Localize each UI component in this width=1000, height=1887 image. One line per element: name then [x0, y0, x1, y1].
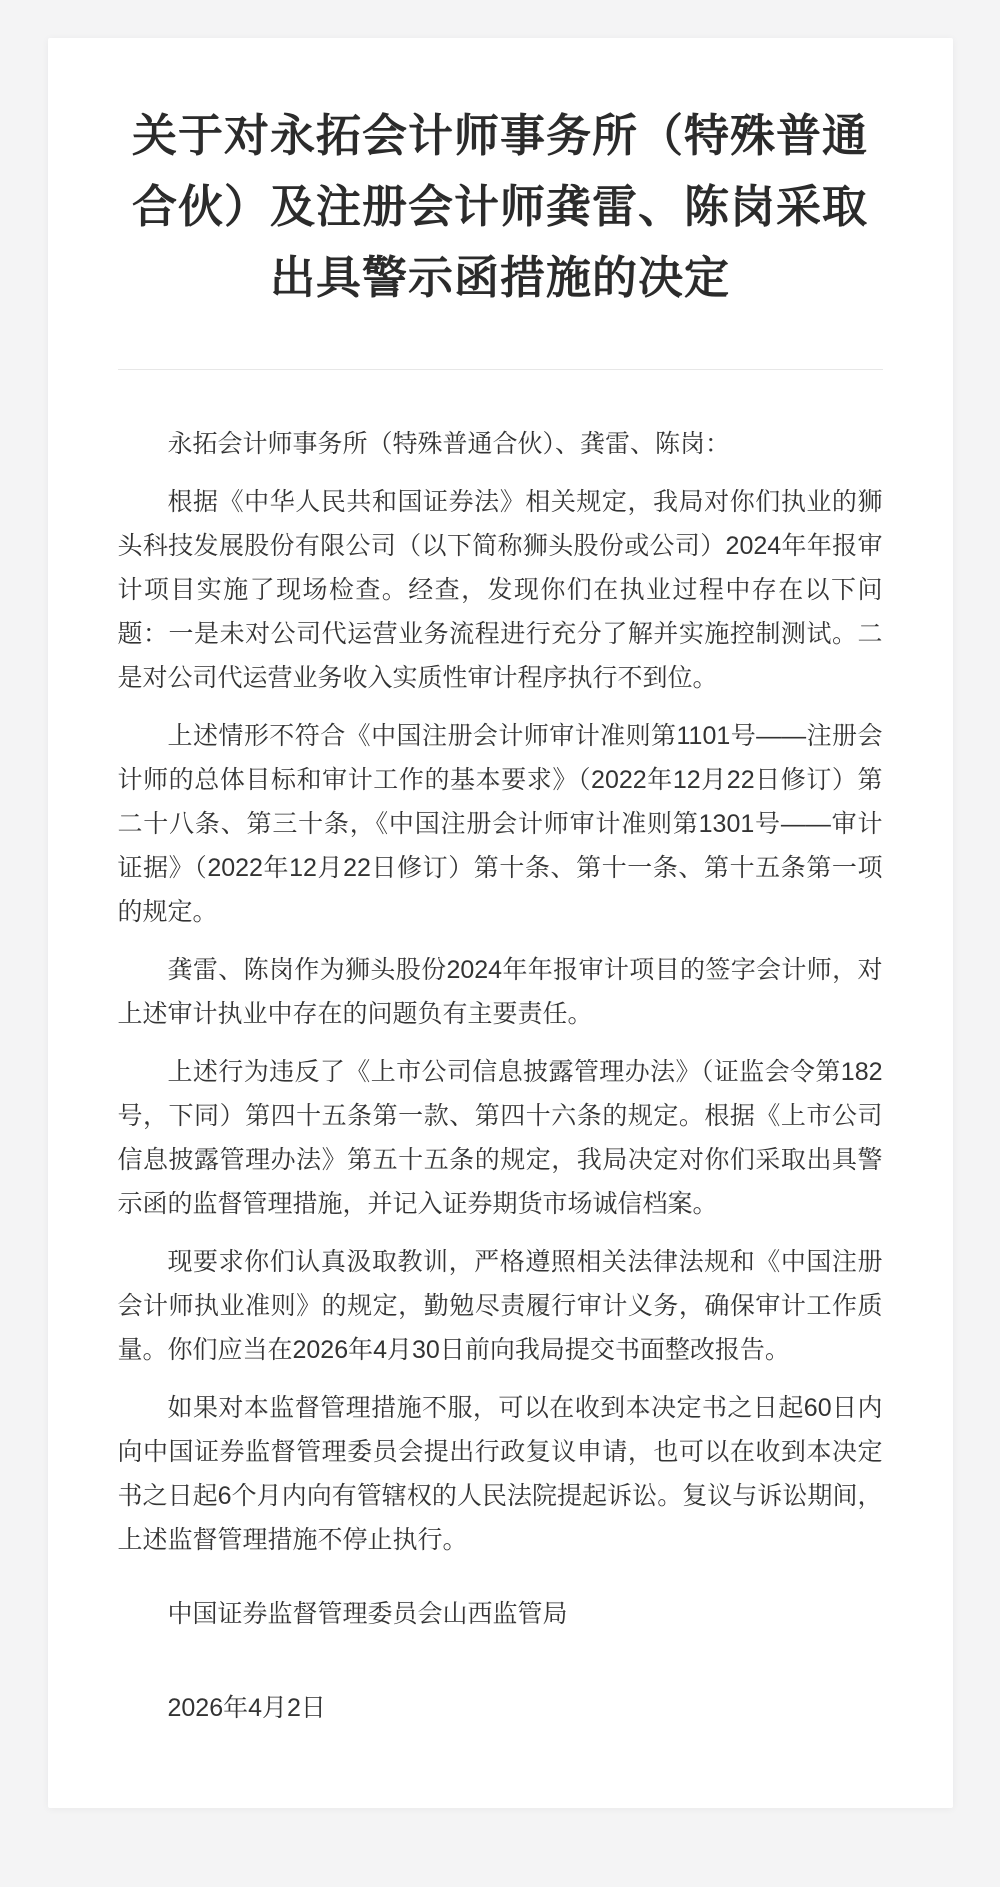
document-body: 永拓会计师事务所（特殊普通合伙）、龚雷、陈岗： 根据《中华人民共和国证券法》相关…: [118, 422, 883, 1730]
body-paragraph: 如果对本监督管理措施不服，可以在收到本决定书之日起60日内向中国证券监督管理委员…: [118, 1386, 883, 1562]
body-paragraph: 现要求你们认真汲取教训，严格遵照相关法律法规和《中国注册会计师执业准则》的规定，…: [118, 1240, 883, 1372]
document-title: 关于对永拓会计师事务所（特殊普通合伙）及注册会计师龚雷、陈岗采取出具警示函措施的…: [118, 100, 883, 313]
body-paragraph: 根据《中华人民共和国证券法》相关规定，我局对你们执业的狮头科技发展股份有限公司（…: [118, 480, 883, 700]
salutation: 永拓会计师事务所（特殊普通合伙）、龚雷、陈岗：: [118, 422, 883, 466]
issuer-signature: 中国证券监督管理委员会山西监管局: [118, 1592, 883, 1636]
issue-date: 2026年4月2日: [118, 1686, 883, 1730]
body-paragraph: 上述情形不符合《中国注册会计师审计准则第1101号——注册会计师的总体目标和审计…: [118, 714, 883, 934]
title-divider: [118, 369, 883, 370]
body-paragraph: 龚雷、陈岗作为狮头股份2024年年报审计项目的签字会计师，对上述审计执业中存在的…: [118, 948, 883, 1036]
body-paragraph: 上述行为违反了《上市公司信息披露管理办法》（证监会令第182号，下同）第四十五条…: [118, 1050, 883, 1226]
document-card: 关于对永拓会计师事务所（特殊普通合伙）及注册会计师龚雷、陈岗采取出具警示函措施的…: [48, 38, 953, 1808]
